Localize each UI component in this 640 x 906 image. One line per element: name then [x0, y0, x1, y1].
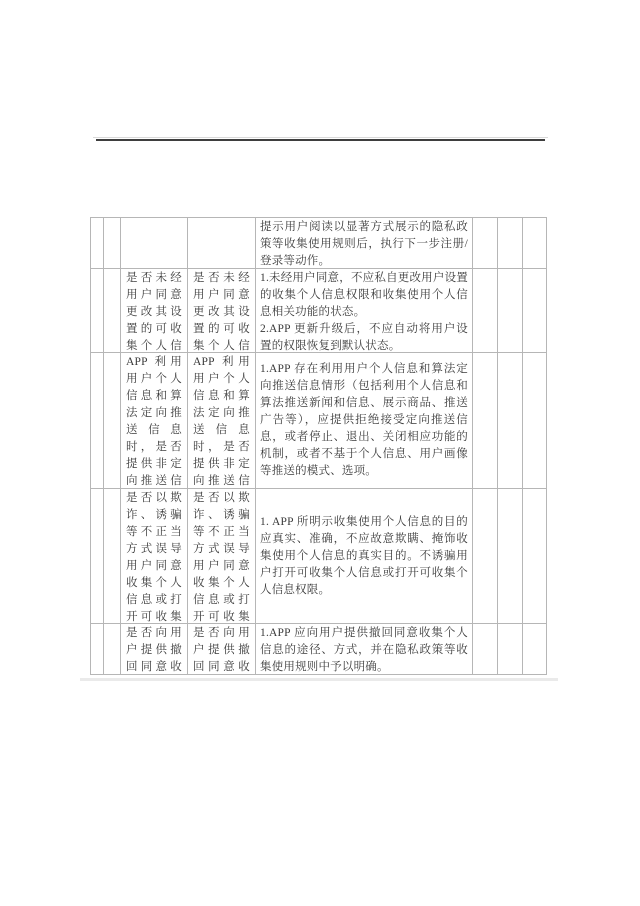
check-item-duplicate-cell: 是否向用户提供撤回同意收集个人 — [188, 624, 256, 675]
empty-cell — [104, 218, 121, 269]
empty-cell — [523, 489, 547, 624]
requirement-cell: 1.APP 应向用户提供撤回同意收集个人信息的途径、方式，并在隐私政策等收集使用… — [256, 624, 473, 675]
table-row: 是否向用户提供撤回同意收集个人 是否向用户提供撤回同意收集个人 1.APP 应向… — [91, 624, 547, 675]
empty-cell — [91, 269, 104, 353]
paragraph: 1.APP 存在利用用户个人信息和算法定向推送信息情形（包括利用个人信息和算法推… — [260, 361, 468, 480]
check-item-duplicate-cell: 是否未经用户同意更改其设置的可收集个人信息权限状态 — [188, 269, 256, 353]
empty-cell — [104, 353, 121, 489]
empty-cell — [523, 218, 547, 269]
empty-cell — [473, 353, 498, 489]
empty-cell — [91, 353, 104, 489]
check-item-cell: APP 利用用户个人信息和算法定向推送信息时，是否提供非定向推送信息的选项 — [121, 353, 188, 489]
page-top-rule — [96, 139, 545, 141]
check-item-cell: 是否以欺诈、诱骗等不正当方式误导用户同意收集个人信息或打开可收集个人信息的权限 — [121, 489, 188, 624]
empty-cell — [473, 624, 498, 675]
document-page: 提示用户阅读以显著方式展示的隐私政策等收集使用规则后，执行下一步注册/登录等动作… — [0, 0, 640, 906]
paragraph: 提示用户阅读以显著方式展示的隐私政策等收集使用规则后，执行下一步注册/登录等动作… — [260, 219, 468, 268]
table-row: APP 利用用户个人信息和算法定向推送信息时，是否提供非定向推送信息的选项 AP… — [91, 353, 547, 489]
empty-cell — [473, 218, 498, 269]
empty-cell — [473, 489, 498, 624]
empty-cell — [473, 269, 498, 353]
empty-cell — [91, 624, 104, 675]
empty-cell — [498, 624, 523, 675]
check-item-duplicate-cell: 是否以欺诈、诱骗等不正当方式误导用户同意收集个人信息或打开可收集个人信息的权限 — [188, 489, 256, 624]
empty-cell — [104, 624, 121, 675]
scan-artifact-line — [80, 678, 558, 681]
compliance-table: 提示用户阅读以显著方式展示的隐私政策等收集使用规则后，执行下一步注册/登录等动作… — [90, 217, 547, 675]
check-item-duplicate-cell: APP 利用用户个人信息和算法定向推送信息时，是否提供非定向推送信息的选项 — [188, 353, 256, 489]
empty-cell — [498, 218, 523, 269]
empty-cell — [523, 269, 547, 353]
check-item-cell: 是否向用户提供撤回同意收集个人 — [121, 624, 188, 675]
empty-cell — [523, 624, 547, 675]
empty-cell — [91, 218, 104, 269]
empty-cell — [498, 353, 523, 489]
requirement-cell: 提示用户阅读以显著方式展示的隐私政策等收集使用规则后，执行下一步注册/登录等动作… — [256, 218, 473, 269]
page-rule-shadow — [93, 137, 548, 138]
table-row: 是否以欺诈、诱骗等不正当方式误导用户同意收集个人信息或打开可收集个人信息的权限 … — [91, 489, 547, 624]
table-row: 是否未经用户同意更改其设置的可收集个人信息权限状态 是否未经用户同意更改其设置的… — [91, 269, 547, 353]
requirement-cell: 1. APP 所明示收集使用个人信息的目的应真实、准确，不应故意欺瞒、掩饰收集使… — [256, 489, 473, 624]
requirement-cell: 1.APP 存在利用用户个人信息和算法定向推送信息情形（包括利用个人信息和算法推… — [256, 353, 473, 489]
paragraph: 2.APP 更新升级后，不应自动将用户设置的权限恢复到默认状态。 — [260, 321, 468, 352]
empty-cell — [498, 489, 523, 624]
empty-cell — [91, 489, 104, 624]
empty-cell — [104, 269, 121, 353]
paragraph: 1.未经用户同意，不应私自更改用户设置的收集个人信息权限和收集使用个人信息相关功… — [260, 270, 468, 321]
paragraph: 1. APP 所明示收集使用个人信息的目的应真实、准确，不应故意欺瞒、掩饰收集使… — [260, 514, 468, 599]
table-row: 提示用户阅读以显著方式展示的隐私政策等收集使用规则后，执行下一步注册/登录等动作… — [91, 218, 547, 269]
check-item-cell: 是否未经用户同意更改其设置的可收集个人信息权限状态 — [121, 269, 188, 353]
empty-cell — [498, 269, 523, 353]
check-item-cell — [121, 218, 188, 269]
requirement-cell: 1.未经用户同意，不应私自更改用户设置的收集个人信息权限和收集使用个人信息相关功… — [256, 269, 473, 353]
check-item-duplicate-cell — [188, 218, 256, 269]
empty-cell — [523, 353, 547, 489]
empty-cell — [104, 489, 121, 624]
paragraph: 1.APP 应向用户提供撤回同意收集个人信息的途径、方式，并在隐私政策等收集使用… — [260, 625, 468, 674]
